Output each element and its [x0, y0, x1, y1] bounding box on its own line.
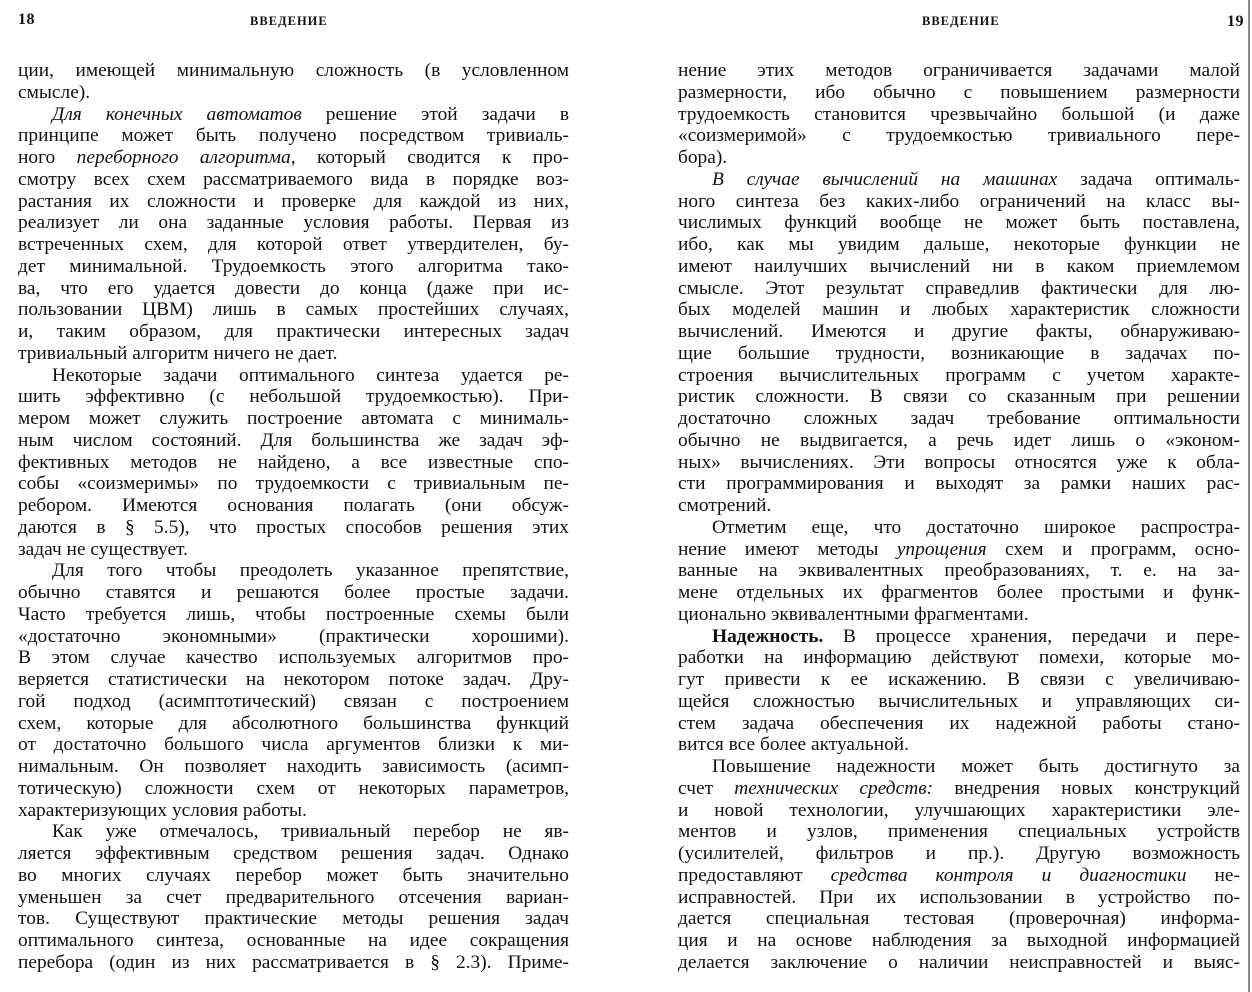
text-line: Некоторые задачи оптимального синтеза уд… [18, 365, 569, 387]
text-line: Надежность. В процессе хранения, передач… [678, 626, 1240, 648]
text-line: предоставляют средства контроля и диагно… [678, 865, 1240, 887]
text-line: имеют наилучших вычислений ни в каком пр… [678, 256, 1240, 278]
text-line: счет технических средств: внедрения новы… [678, 778, 1240, 800]
text-line: ва, что его удается довести до конца (да… [18, 278, 569, 300]
text-line: смотру всех схем рассматриваемого вида в… [18, 169, 569, 191]
text-line: ного синтеза без каких-либо ограничений … [678, 191, 1240, 213]
text-line: ванные на эквивалентных преобразованиях,… [678, 560, 1240, 582]
left-page: 18 ВВЕДЕНИЕ ции, имеющей минимальную сло… [18, 0, 569, 992]
text-line: ных» вычислениях. Эти вопросы относятся … [678, 452, 1240, 474]
text-line: мене отдельных их фрагментов более прост… [678, 582, 1240, 604]
running-head-title: ВВЕДЕНИЕ [250, 14, 328, 29]
emphasized-term: средства контроля и диагностики [831, 865, 1187, 886]
page-number: 18 [18, 11, 35, 29]
text-line: шить эффективно (с небольшой трудоемкост… [18, 386, 569, 408]
text-line: характеризующих условия работы. [18, 800, 569, 822]
text-line: ибо, как мы увидим дальше, некоторые фун… [678, 234, 1240, 256]
right-page: ВВЕДЕНИЕ 19 нение этих методов ограничив… [678, 0, 1240, 992]
text-line: от достаточно большого числа аргументов … [18, 734, 569, 756]
text-line: строения вычислительных программ с учето… [678, 365, 1240, 387]
text-line: ного переборного алгоритма, который свод… [18, 147, 569, 169]
text-line: уменьшен за счет предварительного отсече… [18, 887, 569, 909]
text-line: тотическую) сложности схем от некоторых … [18, 778, 569, 800]
text-line: Повышение надежности может быть достигну… [678, 756, 1240, 778]
text-line: работки на информацию действуют помехи, … [678, 647, 1240, 669]
text-line: нение имеют методы упрощения схем и прог… [678, 539, 1240, 561]
text-line: щейся сложностью вычислительных и управл… [678, 691, 1240, 713]
text-line: В этом случае качество используемых алго… [18, 647, 569, 669]
text-line: растания их сложности и проверке для каж… [18, 191, 569, 213]
right-page-body-text: нение этих методов ограничивается задача… [678, 60, 1240, 974]
text-line: Отметим еще, что достаточно широкое расп… [678, 517, 1240, 539]
text-line: смысле. Этот результат справедлив фактич… [678, 278, 1240, 300]
text-line: ным числом состояний. Для большинства же… [18, 430, 569, 452]
text-line: собы «соизмеримы» по трудоемкости с трив… [18, 473, 569, 495]
text-line: веряется статистически на некотором пото… [18, 669, 569, 691]
text-line: ребором. Имеются основания полагать (они… [18, 495, 569, 517]
text-line: (усилителей, фильтров и пр.). Другую воз… [678, 843, 1240, 865]
text-line: дается специальная тестовая (проверочная… [678, 908, 1240, 930]
text-line: перебора (один из них рассматривается в … [18, 952, 569, 974]
text-line: смотрений. [678, 495, 1240, 517]
text-line: Часто требуется лишь, чтобы построенные … [18, 604, 569, 626]
text-line: делается заключение о наличии неисправно… [678, 952, 1240, 974]
text-line: ции, имеющей минимальную сложность (в ус… [18, 60, 569, 82]
text-line: трудоемкость становится чрезвычайно боль… [678, 104, 1240, 126]
scan-edge-divider [1248, 0, 1250, 992]
text-line: вычислений. Имеются и другие факты, обна… [678, 321, 1240, 343]
text-line: Как уже отмечалось, тривиальный перебор … [18, 821, 569, 843]
text-line: гут привести к ее искажению. В связи с у… [678, 669, 1240, 691]
emphasized-term: Для конечных автоматов [52, 104, 302, 125]
text-line: и, таким образом, для практически интере… [18, 321, 569, 343]
text-line: сти программирования и выходят за рамки … [678, 473, 1240, 495]
text-line: принципе может быть получено посредством… [18, 125, 569, 147]
text-line: размерности, ибо обычно с повышением раз… [678, 82, 1240, 104]
text-line: Для конечных автоматов решение этой зада… [18, 104, 569, 126]
text-line: стем задача обеспечения их надежной рабо… [678, 713, 1240, 735]
text-line: смысле). [18, 82, 569, 104]
left-page-body-text: ции, имеющей минимальную сложность (в ус… [18, 60, 569, 974]
text-line: ментов и узлов, применения специальных у… [678, 821, 1240, 843]
text-line: достаточно сложных задач требование опти… [678, 408, 1240, 430]
text-line: нение этих методов ограничивается задача… [678, 60, 1240, 82]
text-line: тов. Существуют практические методы реше… [18, 908, 569, 930]
emphasized-term: упрощения [897, 539, 987, 560]
text-line: бых моделей машин и любых характеристик … [678, 299, 1240, 321]
emphasized-term: технических средств: [734, 778, 933, 799]
text-line: ционально эквивалентными фрагментами. [678, 604, 1240, 626]
text-line: Для того чтобы преодолеть указанное преп… [18, 560, 569, 582]
text-line: «соизмеримой» с трудоемкостью тривиально… [678, 125, 1240, 147]
text-line: во многих случаях перебор может быть зна… [18, 865, 569, 887]
text-line: «достаточно экономными» (практически хор… [18, 626, 569, 648]
text-line: обычно не выдвигается, а речь идет лишь … [678, 430, 1240, 452]
text-line: оптимального синтеза, основанные на идее… [18, 930, 569, 952]
text-line: ристик сложности. В связи со сказанным п… [678, 386, 1240, 408]
text-line: встреченных схем, для которой ответ утве… [18, 234, 569, 256]
text-line: схем, которые для абсолютного большинств… [18, 713, 569, 735]
running-head-title: ВВЕДЕНИЕ [922, 14, 1000, 29]
text-line: дет минимальной. Трудоемкость этого алго… [18, 256, 569, 278]
text-line: ляется эффективным средством решения зад… [18, 843, 569, 865]
text-line: исправностей. При их использовании в уст… [678, 887, 1240, 909]
text-line: щие большие трудности, возникающие в зад… [678, 343, 1240, 365]
text-line: задач не существует. [18, 539, 569, 561]
text-line: числимых функций вообще не может быть по… [678, 212, 1240, 234]
right-running-head: ВВЕДЕНИЕ 19 [678, 11, 1240, 31]
text-line: даются в § 5.5), что простых способов ре… [18, 517, 569, 539]
emphasized-term: переборного алгоритма [77, 147, 291, 168]
text-line: нимальным. Он позволяет находить зависим… [18, 756, 569, 778]
text-line: и новой технологии, улучшающих характери… [678, 800, 1240, 822]
text-line: мером может служить построение автомата … [18, 408, 569, 430]
text-line: гой подход (асимптотический) связан с по… [18, 691, 569, 713]
paragraph-heading: Надежность. [712, 626, 823, 647]
text-line: В случае вычислений на машинах задача оп… [678, 169, 1240, 191]
text-line: тривиальный алгоритм ничего не дает. [18, 343, 569, 365]
text-line: реализует ли она заданные условия работы… [18, 212, 569, 234]
text-line: обычно ставятся и решаются более простые… [18, 582, 569, 604]
text-line: пользовании ЦВМ) лишь в самых простейших… [18, 299, 569, 321]
text-line: фективных методов не найдено, а все изве… [18, 452, 569, 474]
page-number: 19 [1227, 13, 1244, 31]
text-line: ция и на основе наблюдения за выходной и… [678, 930, 1240, 952]
text-line: вится все более актуальной. [678, 734, 1240, 756]
left-running-head: 18 ВВЕДЕНИЕ [18, 11, 569, 31]
emphasized-term: В случае вычислений на машинах [712, 169, 1057, 190]
text-line: бора). [678, 147, 1240, 169]
